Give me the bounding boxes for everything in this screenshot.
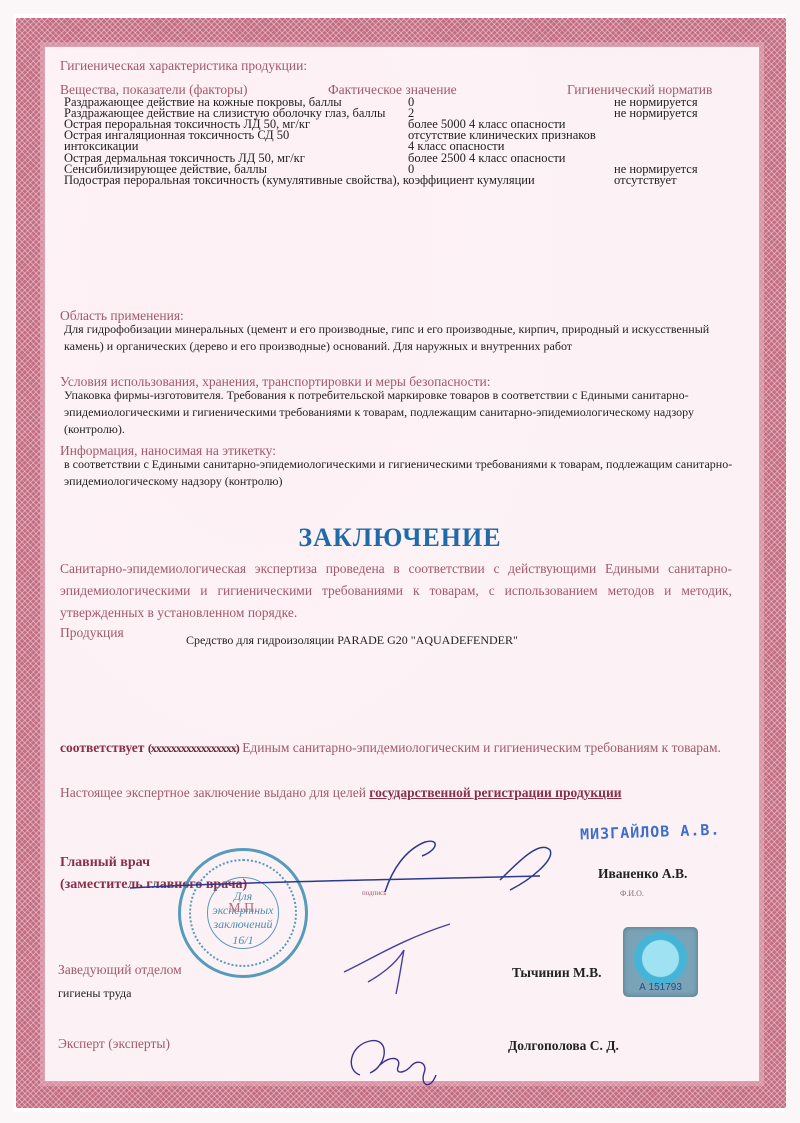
hologram-sticker: А 151793 [623,927,698,997]
hygiene-row-norm: отсутствует [614,175,677,187]
hygiene-section-title: Гигиеническая характеристика продукции: [60,58,307,74]
column-header-actual: Фактическое значение [328,82,457,98]
hologram-number: А 151793 [623,982,698,993]
fio-caption: Ф.И.О. [620,889,644,898]
head-name: Тычинин М.В. [512,965,601,981]
head-signature [340,920,480,1000]
purpose-statement: Настоящее экспертное заключение выдано д… [60,782,740,804]
conditions-text: Упаковка фирмы-изготовителя. Требования … [64,387,740,438]
chief-signature [120,830,540,910]
complies-word: соответствует [60,740,144,755]
hygiene-row-value: более 2500 4 класс опасности [408,153,565,165]
scope-text: Для гидрофобизации минеральных (цемент и… [64,321,740,355]
product-label: Продукция [60,625,124,641]
chief-name: Иваненко А.В. [598,866,687,882]
purpose-prefix: Настоящее экспертное заключение выдано д… [60,785,366,800]
purpose-value: государственной регистрации продукции [369,785,621,800]
head-title: Заведующий отделом [58,962,182,978]
hygiene-row-norm: не нормируется [614,108,698,120]
expert-signature [340,1035,450,1095]
label-info-text: в соответствии с Едиными санитарно-эпиде… [64,456,740,490]
conclusion-intro: Санитарно-эпидемиологическая экспертиза … [60,558,732,624]
struck-noncompliance: (xxxxxxxxxxxxxxxxx) [148,741,239,755]
hygiene-row-factor: Подострая пероральная токсичность (кумул… [64,175,535,187]
compliance-statement: соответствует (xxxxxxxxxxxxxxxxx) Единым… [60,737,732,759]
conclusion-title: ЗАКЛЮЧЕНИЕ [0,523,800,553]
head-department: гигиены труда [58,986,131,1001]
expert-name: Долгополова С. Д. [508,1038,619,1054]
expert-title: Эксперт (эксперты) [58,1036,170,1052]
complies-rest: Единым санитарно-эпидемиологическим и ги… [242,740,721,755]
product-value: Средство для гидроизоляции PARADE G20 "A… [186,633,518,648]
